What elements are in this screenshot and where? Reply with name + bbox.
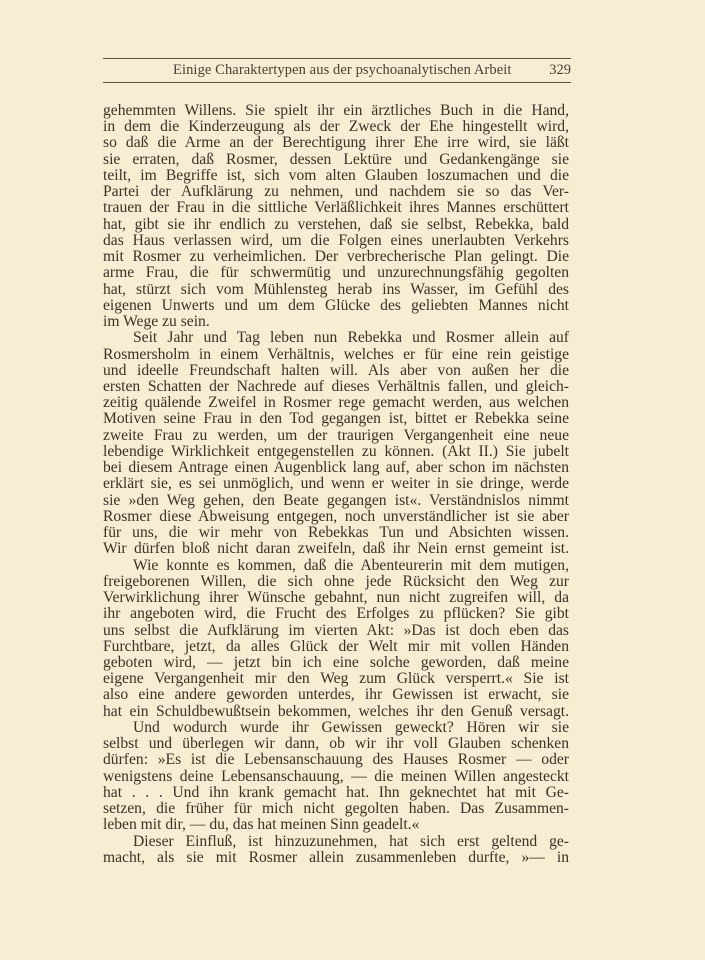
running-head: Einige Charaktertypen aus der psychoanal… [103,61,571,79]
book-page: Einige Charaktertypen aus der psychoanal… [0,0,705,960]
text-line: wenigstens deine Lebensanschauung, — die… [103,769,569,785]
text-line: sie erraten, daß Rosmer, dessen Lektüre … [103,152,569,168]
text-line: uns selbst die Aufklärung im vierten Akt… [103,623,569,639]
text-line: geboten wird, — jetzt bin ich eine solch… [103,655,569,671]
text-line: und ideelle Freundschaft halten will. Al… [103,363,569,379]
text-line: mit Rosmer zu verheimlichen. Der verbrec… [103,249,569,265]
running-title: Einige Charaktertypen aus der psychoanal… [173,61,512,79]
text-line: Seit Jahr und Tag leben nun Rebekka und … [103,330,569,346]
text-line: gehemmten Willens. Sie spielt ihr ein är… [103,103,569,119]
text-line: Dieser Einfluß, ist hinzuzunehmen, hat s… [103,834,569,850]
text-line: Rosmer diese Abweisung entgegen, noch un… [103,509,569,525]
page-number: 329 [549,61,571,79]
text-line: Wie konnte es kommen, daß die Abenteurer… [103,558,569,574]
text-line: Rosmersholm in einem Verhältnis, welches… [103,347,569,363]
text-line: das Haus verlassen wird, um die Folgen e… [103,233,569,249]
text-line: sie »den Weg gehen, den Beate gegangen i… [103,493,569,509]
text-line: erklärt sie, es sei unmöglich, und wenn … [103,476,569,492]
text-line: freigeborenen Willen, die sich ohne jede… [103,574,569,590]
text-line: eigenen Unwerts und um dem Glücke des ge… [103,298,569,314]
text-line: in dem die Kinderzeugung als der Zweck d… [103,119,569,135]
text-line: arme Frau, die für schwermütig und unzur… [103,265,569,281]
text-line: Motiven seine Frau in den Tod gegangen i… [103,411,569,427]
text-line: Furchtbare, jetzt, da alles Glück der We… [103,639,569,655]
text-line: Partei der Aufklärung zu nehmen, und nac… [103,184,569,200]
text-line: lebendige Wirklichkeit entgegenstellen z… [103,444,569,460]
text-line: für uns, die wir mehr von Rebekkas Tun u… [103,525,569,541]
text-line: Verwirklichung ihrer Wünsche gebahnt, nu… [103,590,569,606]
text-line: im Wege zu sein. [103,314,569,330]
text-line: hat, gibt sie ihr endlich zu verstehen, … [103,217,569,233]
text-line: dürfen: »Es ist die Lebensanschauung des… [103,752,569,768]
text-line: zweite Frau zu werden, um der traurigen … [103,428,569,444]
text-line: ersten Schatten der Nachrede auf dieses … [103,379,569,395]
text-line: ihr angeboten wird, die Frucht des Erfol… [103,606,569,622]
text-line: hat ein Schuldbewußtsein bekommen, welch… [103,704,569,720]
text-line: leben mit dir, — du, das hat meinen Sinn… [103,817,569,833]
text-line: trauen der Frau in die sittliche Verläßl… [103,200,569,216]
header-rule-top [103,58,571,59]
text-line: hat, stürzt sich vom Mühlensteg herab in… [103,282,569,298]
text-line: so daß die Arme an der Berechtigung ihre… [103,135,569,151]
text-line: Und wodurch wurde ihr Gewissen geweckt? … [103,720,569,736]
text-line: selbst und überlegen wir dann, ob wir ih… [103,736,569,752]
text-line: Wir dürfen bloß nicht daran zweifeln, da… [103,541,569,557]
text-line: macht, als sie mit Rosmer allein zusamme… [103,850,569,866]
text-line: teilt, im Begriffe ist, sich vom alten G… [103,168,569,184]
text-line: also eine andere geworden unterdes, ihr … [103,687,569,703]
header-rule-bottom [103,82,571,83]
text-line: bei diesem Antrage einen Augenblick lang… [103,460,569,476]
text-line: zeitig quälende Zweifel in Rosmer rege g… [103,395,569,411]
text-line: eigene Vergangenheit mir den Weg zum Glü… [103,671,569,687]
text-line: setzen, die früher für mich nicht gegolt… [103,801,569,817]
text-line: hat . . . Und ihn krank gemacht hat. Ihn… [103,785,569,801]
body-text: gehemmten Willens. Sie spielt ihr ein är… [103,103,569,866]
